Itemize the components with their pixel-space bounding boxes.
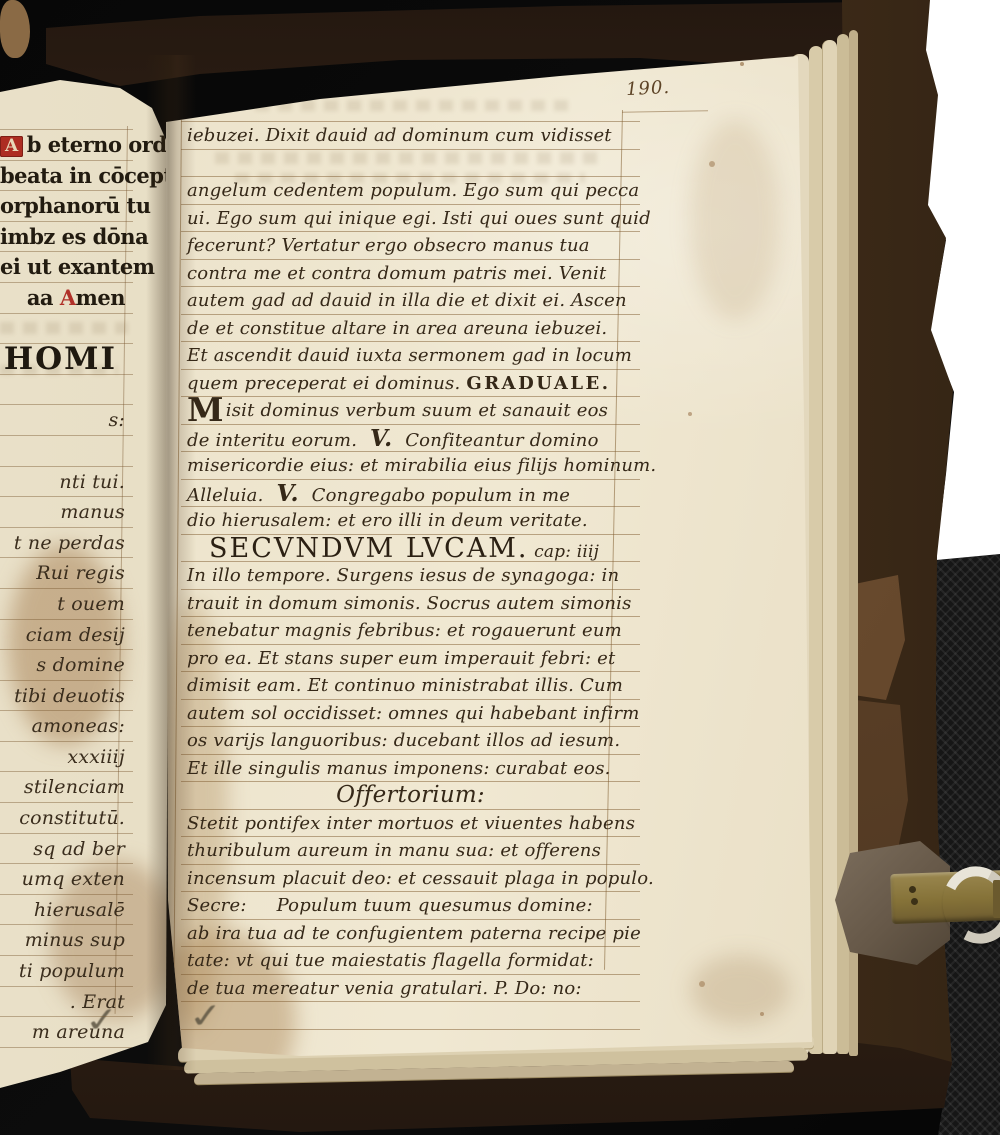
clasp-keeper bbox=[993, 880, 1000, 918]
page-edge-strip bbox=[809, 46, 823, 1054]
text-segment: amoneas: bbox=[32, 715, 125, 737]
text-line: amoneas: bbox=[0, 711, 133, 742]
text-line: . Erat bbox=[0, 987, 133, 1018]
text-segment: Confiteantur domino bbox=[399, 430, 598, 451]
text-segment: dimisit eam. Et continuo ministrabat ill… bbox=[187, 675, 623, 696]
clasp bbox=[825, 838, 1000, 978]
parchment-stain bbox=[690, 955, 790, 1025]
text-segment: t ouem bbox=[57, 593, 125, 615]
text-line: xxxiiij bbox=[0, 742, 133, 773]
text-segment: pro ea. Et stans super eum imperauit feb… bbox=[187, 648, 615, 669]
text-segment: trauit in domum simonis. Socrus autem si… bbox=[187, 593, 632, 614]
text-line: Ab eterno ordi bbox=[0, 130, 133, 161]
folio-number: 190. bbox=[625, 77, 670, 100]
text-segment: In illo tempore. Surgens iesus de synago… bbox=[187, 565, 619, 586]
text-line: dio hierusalem: et ero illi in deum veri… bbox=[181, 507, 640, 535]
text-segment: tate: vt qui tue maiestatis flagella for… bbox=[187, 950, 594, 971]
ruling-horizontal-line bbox=[622, 110, 708, 113]
right-page-text-block: iebuzei. Dixit dauid ad dominum cum vidi… bbox=[181, 121, 640, 1057]
left-page-text-block: Ab eterno ordibeata in cōceptuorphanorū … bbox=[0, 129, 133, 1048]
text-line: de tua mereatur venia gratulari. P. Do: … bbox=[181, 975, 640, 1003]
text-line: In illo tempore. Surgens iesus de synago… bbox=[181, 562, 640, 590]
text-segment: Alleluia. bbox=[187, 485, 269, 506]
text-line: Misit dominus verbum suum et sanauit eos bbox=[181, 397, 640, 425]
text-line: constitutū. bbox=[0, 803, 133, 834]
text-segment: s: bbox=[108, 409, 125, 431]
text-line: s: bbox=[0, 405, 133, 436]
text-line: ui. Ego sum qui inique egi. Isti qui oue… bbox=[181, 205, 640, 233]
text-segment: ei ut exantem bbox=[0, 254, 154, 279]
text-line: t ne perdas bbox=[0, 528, 133, 559]
text-segment: ti populum bbox=[19, 960, 125, 982]
text-segment: xxxiiij bbox=[67, 746, 125, 768]
text-segment: Congregabo populum in me bbox=[306, 485, 570, 506]
text-line: sq ad ber bbox=[0, 834, 133, 865]
gutter-shadow bbox=[146, 55, 196, 1070]
text-segment: A bbox=[0, 136, 23, 157]
text-line: umq exten bbox=[0, 864, 133, 895]
text-line bbox=[0, 314, 133, 345]
text-segment: de interitu eorum. bbox=[187, 430, 363, 451]
text-segment: Stetit pontifex inter mortuos et viuente… bbox=[187, 813, 635, 834]
text-line: beata in cōceptu bbox=[0, 161, 133, 192]
text-segment: os varijs languoribus: ducebant illos ad… bbox=[187, 730, 620, 751]
text-segment: incensum placuit deo: et cessauit plaga … bbox=[187, 868, 654, 889]
text-segment: iebuzei. Dixit dauid ad dominum cum vidi… bbox=[187, 125, 612, 146]
text-line: t ouem bbox=[0, 589, 133, 620]
text-line: de interitu eorum. V. Confiteantur domin… bbox=[181, 425, 640, 453]
text-line: Offertorium: bbox=[181, 782, 640, 810]
text-line: Rui regis bbox=[0, 558, 133, 589]
text-line: iebuzei. Dixit dauid ad dominum cum vidi… bbox=[181, 122, 640, 150]
text-segment: ui. Ego sum qui inique egi. Isti qui oue… bbox=[187, 208, 651, 229]
text-segment: quem preceperat ei dominus. bbox=[187, 373, 466, 394]
text-segment: minus sup bbox=[25, 929, 125, 951]
text-line: thuribulum aureum in manu sua: et offere… bbox=[181, 837, 640, 865]
text-line: manus bbox=[0, 497, 133, 528]
text-segment: Rui regis bbox=[36, 562, 125, 584]
text-segment: angelum cedentem populum. Ego sum qui pe… bbox=[187, 180, 639, 201]
text-segment: orphanorū tu bbox=[0, 193, 151, 218]
text-line: orphanorū tu bbox=[0, 191, 133, 222]
text-line: ciam desij bbox=[0, 620, 133, 651]
text-line: imbz es dōna bbox=[0, 222, 133, 253]
text-line bbox=[181, 1002, 640, 1030]
text-segment: SECVNDVM LVCAM. bbox=[209, 533, 529, 564]
text-segment: manus bbox=[60, 501, 125, 523]
text-line: pro ea. Et stans super eum imperauit feb… bbox=[181, 645, 640, 673]
text-segment: nti tui. bbox=[59, 471, 125, 493]
text-line bbox=[0, 375, 133, 406]
text-line: Alleluia. V. Congregabo populum in me bbox=[181, 480, 640, 508]
text-line bbox=[181, 150, 640, 178]
text-line: os varijs languoribus: ducebant illos ad… bbox=[181, 727, 640, 755]
text-segment: ciam desij bbox=[26, 624, 125, 646]
text-line: ab ira tua ad te confugientem paterna re… bbox=[181, 920, 640, 948]
text-segment: A bbox=[60, 285, 76, 310]
text-line: autem sol occidisset: omnes qui habebant… bbox=[181, 700, 640, 728]
text-line: misericordie eius: et mirabilia eius fil… bbox=[181, 452, 640, 480]
text-line: incensum placuit deo: et cessauit plaga … bbox=[181, 865, 640, 893]
text-segment: men bbox=[76, 285, 125, 310]
text-segment: aa bbox=[27, 285, 60, 310]
text-segment: t ne perdas bbox=[14, 532, 125, 554]
text-line: m areuna bbox=[0, 1017, 133, 1048]
text-line: angelum cedentem populum. Ego sum qui pe… bbox=[181, 177, 640, 205]
text-line: tenebatur magnis febribus: et rogauerunt… bbox=[181, 617, 640, 645]
text-segment: de et constitue altare in area areuna ie… bbox=[187, 318, 607, 339]
text-segment: stilenciam bbox=[24, 776, 125, 798]
text-segment: dio hierusalem: et ero illi in deum veri… bbox=[187, 510, 588, 531]
text-line: stilenciam bbox=[0, 772, 133, 803]
text-line: s domine bbox=[0, 650, 133, 681]
foxing-specks bbox=[740, 62, 744, 66]
text-line: ti populum bbox=[0, 956, 133, 987]
text-line: aa Amen bbox=[0, 283, 133, 314]
text-segment: . Erat bbox=[70, 991, 125, 1013]
text-segment: de tua mereatur venia gratulari. P. Do: … bbox=[187, 978, 582, 999]
text-segment: tibi deuotis bbox=[14, 685, 125, 707]
text-segment: constitutū. bbox=[19, 807, 125, 829]
text-line: Et ascendit dauid iuxta sermonem gad in … bbox=[181, 342, 640, 370]
text-segment: imbz es dōna bbox=[0, 224, 148, 249]
text-line: de et constitue altare in area areuna ie… bbox=[181, 315, 640, 343]
text-segment: contra me et contra domum patris mei. Ve… bbox=[187, 263, 606, 284]
text-segment: V. bbox=[276, 480, 298, 507]
text-segment: autem gad ad dauid in illa die et dixit … bbox=[187, 290, 627, 311]
parchment-stain bbox=[690, 120, 780, 320]
text-segment: thuribulum aureum in manu sua: et offere… bbox=[187, 840, 601, 861]
text-line: hierusalē bbox=[0, 895, 133, 926]
text-line: nti tui. bbox=[0, 467, 133, 498]
text-segment: ab ira tua ad te confugientem paterna re… bbox=[187, 923, 641, 944]
text-line: SECVNDVM LVCAM. cap: iiij bbox=[181, 535, 640, 563]
text-segment: tenebatur magnis febribus: et rogauerunt… bbox=[187, 620, 622, 641]
text-line: HOMI bbox=[0, 344, 133, 375]
bleedthrough-text bbox=[255, 100, 575, 111]
text-segment: GRADUALE. bbox=[466, 373, 610, 394]
text-segment: V. bbox=[370, 425, 392, 452]
text-segment: hierusalē bbox=[34, 899, 125, 921]
text-line bbox=[0, 436, 133, 467]
text-line: fecerunt? Vertatur ergo obsecro manus tu… bbox=[181, 232, 640, 260]
text-segment: Populum tuum quesumus domine: bbox=[277, 895, 593, 916]
text-line: Et ille singulis manus imponens: curabat… bbox=[181, 755, 640, 783]
text-segment: HOMI bbox=[4, 341, 117, 377]
text-segment: Offertorium: bbox=[336, 782, 485, 808]
text-segment: umq exten bbox=[22, 868, 125, 890]
text-segment: misericordie eius: et mirabilia eius fil… bbox=[187, 455, 656, 476]
text-segment: fecerunt? Vertatur ergo obsecro manus tu… bbox=[187, 235, 590, 256]
text-line: minus sup bbox=[0, 925, 133, 956]
text-segment: Et ascendit dauid iuxta sermonem gad in … bbox=[187, 345, 632, 366]
text-segment: sq ad ber bbox=[33, 838, 125, 860]
text-line: contra me et contra domum patris mei. Ve… bbox=[181, 260, 640, 288]
text-line: ei ut exantem bbox=[0, 252, 133, 283]
text-segment: cap: iiij bbox=[529, 542, 600, 562]
text-line: tate: vt qui tue maiestatis flagella for… bbox=[181, 947, 640, 975]
text-segment: m areuna bbox=[32, 1021, 125, 1043]
text-segment: autem sol occidisset: omnes qui habebant… bbox=[187, 703, 640, 724]
text-line: autem gad ad dauid in illa die et dixit … bbox=[181, 287, 640, 315]
text-segment: s domine bbox=[36, 654, 125, 676]
text-line: tibi deuotis bbox=[0, 681, 133, 712]
text-line: dimisit eam. Et continuo ministrabat ill… bbox=[181, 672, 640, 700]
text-line: quem preceperat ei dominus. GRADUALE. bbox=[181, 370, 640, 398]
text-line: trauit in domum simonis. Socrus autem si… bbox=[181, 590, 640, 618]
text-line: Secre:Populum tuum quesumus domine: bbox=[181, 892, 640, 920]
text-line: Stetit pontifex inter mortuos et viuente… bbox=[181, 810, 640, 838]
text-segment: isit dominus verbum suum et sanauit eos bbox=[226, 400, 608, 421]
clasp-rivet bbox=[909, 886, 916, 893]
text-segment: Et ille singulis manus imponens: curabat… bbox=[187, 758, 611, 779]
manuscript-photo: Ab eterno ordibeata in cōceptuorphanorū … bbox=[0, 0, 1000, 1135]
